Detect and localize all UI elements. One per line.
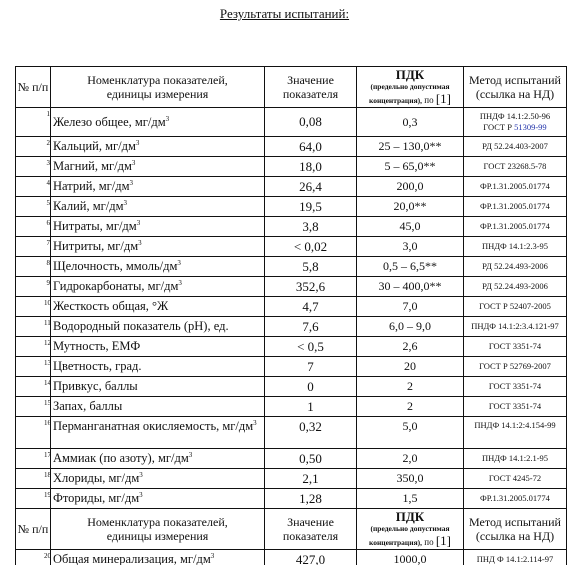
row-value: 0,50 [265, 449, 357, 469]
table-row: 6Нитраты, мг/дм33,845,0ФР.1.31.2005.0177… [16, 217, 567, 237]
row-value: 64,0 [265, 137, 357, 157]
row-indicator: Гидрокарбонаты, мг/дм3 [51, 277, 265, 297]
row-method: ГОСТ Р 52407-2005 [464, 297, 567, 317]
row-indicator: Цветность, град. [51, 357, 265, 377]
header-pdk: ПДК (предельно допустимая концентрация),… [357, 67, 464, 108]
row-method: ФР.1.31.2005.01774 [464, 217, 567, 237]
row-pdk: 1,5 [357, 489, 464, 509]
row-number: 19 [16, 489, 51, 509]
row-value: 4,7 [265, 297, 357, 317]
row-indicator: Запах, баллы [51, 397, 265, 417]
table-row: 9Гидрокарбонаты, мг/дм3352,630 – 400,0**… [16, 277, 567, 297]
row-method: РД 52.24.493-2006 [464, 277, 567, 297]
row-pdk: 0,5 – 6,5** [357, 257, 464, 277]
row-number: 13 [16, 357, 51, 377]
row-method: ФР.1.31.2005.01774 [464, 197, 567, 217]
row-method: ГОСТ 23268.5-78 [464, 157, 567, 177]
row-pdk: 30 – 400,0** [357, 277, 464, 297]
row-pdk: 2 [357, 377, 464, 397]
row-number: 16 [16, 417, 51, 449]
row-value: 18,0 [265, 157, 357, 177]
row-method: ГОСТ 3351-74 [464, 337, 567, 357]
table-row: 18Хлориды, мг/дм32,1350,0ГОСТ 4245-72 [16, 469, 567, 489]
row-method: ФР.1.31.2005.01774 [464, 489, 567, 509]
row-value: 1 [265, 397, 357, 417]
row-indicator: Железо общее, мг/дм3 [51, 108, 265, 137]
row-number: 8 [16, 257, 51, 277]
row-number: 12 [16, 337, 51, 357]
row-value: 5,8 [265, 257, 357, 277]
row-pdk: 7,0 [357, 297, 464, 317]
method-link[interactable]: 51309-99 [514, 122, 547, 132]
row-method: ГОСТ 3351-74 [464, 377, 567, 397]
row-method: ГОСТ 3351-74 [464, 397, 567, 417]
row-number: 3 [16, 157, 51, 177]
row-value: 427,0 [265, 550, 357, 565]
row-pdk: 5 – 65,0** [357, 157, 464, 177]
row-number: 18 [16, 469, 51, 489]
row-method: ПНДФ 14.1:2:3.4.121-97 [464, 317, 567, 337]
row-number: 2 [16, 137, 51, 157]
row-indicator: Жесткость общая, °Ж [51, 297, 265, 317]
row-value: 19,5 [265, 197, 357, 217]
header-name: Номенклатура показателей,единицы измерен… [51, 67, 265, 108]
row-method: РД 52.24.403-2007 [464, 137, 567, 157]
row-pdk: 350,0 [357, 469, 464, 489]
results-table: № п/п Номенклатура показателей,единицы и… [15, 66, 567, 565]
row-method: ФР.1.31.2005.01774 [464, 177, 567, 197]
row-indicator: Хлориды, мг/дм3 [51, 469, 265, 489]
header-method: Метод испытаний(ссылка на НД) [464, 509, 567, 550]
row-value: 2,1 [265, 469, 357, 489]
table-row: 8Щелочность, ммоль/дм35,80,5 – 6,5**РД 5… [16, 257, 567, 277]
table-row: 15Запах, баллы12ГОСТ 3351-74 [16, 397, 567, 417]
row-number: 10 [16, 297, 51, 317]
row-method: ПНД Ф 14.1:2.114-97 [464, 550, 567, 565]
table-row: 1Железо общее, мг/дм30,080,3ПНДФ 14.1:2.… [16, 108, 567, 137]
row-pdk: 2 [357, 397, 464, 417]
table-row: 4Натрий, мг/дм326,4200,0ФР.1.31.2005.017… [16, 177, 567, 197]
row-pdk: 5,0 [357, 417, 464, 449]
row-method: РД 52.24.493-2006 [464, 257, 567, 277]
header-num: № п/п [16, 67, 51, 108]
header-num: № п/п [16, 509, 51, 550]
row-pdk: 25 – 130,0** [357, 137, 464, 157]
row-pdk: 200,0 [357, 177, 464, 197]
row-value: 0,32 [265, 417, 357, 449]
row-indicator: Общая минерализация, мг/дм3 [51, 550, 265, 565]
row-number: 20 [16, 550, 51, 565]
row-method: ПНДФ 14.1:2:4.154-99 [464, 417, 567, 449]
row-indicator: Перманганатная окисляемость, мг/дм3 [51, 417, 265, 449]
row-pdk: 20,0** [357, 197, 464, 217]
row-value: 3,8 [265, 217, 357, 237]
row-value: 0 [265, 377, 357, 397]
row-indicator: Натрий, мг/дм3 [51, 177, 265, 197]
table-row: 11Водородный показатель (pH), ед.7,66,0 … [16, 317, 567, 337]
row-pdk: 20 [357, 357, 464, 377]
row-value: 26,4 [265, 177, 357, 197]
row-value: < 0,5 [265, 337, 357, 357]
table-row: 10Жесткость общая, °Ж4,77,0ГОСТ Р 52407-… [16, 297, 567, 317]
row-method: ГОСТ 4245-72 [464, 469, 567, 489]
table-header: № п/п Номенклатура показателей,единицы и… [16, 67, 567, 108]
header-pdk: ПДК (предельно допустимая концентрация),… [357, 509, 464, 550]
row-method: ПНДФ 14.1:2.3-95 [464, 237, 567, 257]
header-name: Номенклатура показателей,единицы измерен… [51, 509, 265, 550]
table-row: 17Аммиак (по азоту), мг/дм30,502,0ПНДФ 1… [16, 449, 567, 469]
table-row: 16Перманганатная окисляемость, мг/дм30,3… [16, 417, 567, 449]
table-header-repeat: № п/п Номенклатура показателей,единицы и… [16, 509, 567, 550]
row-number: 6 [16, 217, 51, 237]
header-value: Значениепоказателя [265, 67, 357, 108]
row-value: 0,08 [265, 108, 357, 137]
row-number: 1 [16, 108, 51, 137]
row-pdk: 3,0 [357, 237, 464, 257]
row-indicator: Аммиак (по азоту), мг/дм3 [51, 449, 265, 469]
row-indicator: Калий, мг/дм3 [51, 197, 265, 217]
results-title: Результаты испытаний: [0, 6, 569, 22]
table-row: 3Магний, мг/дм318,05 – 65,0**ГОСТ 23268.… [16, 157, 567, 177]
row-number: 11 [16, 317, 51, 337]
row-pdk: 2,0 [357, 449, 464, 469]
row-number: 14 [16, 377, 51, 397]
row-indicator: Фториды, мг/дм3 [51, 489, 265, 509]
table-row: 12Мутность, ЕМФ< 0,52,6ГОСТ 3351-74 [16, 337, 567, 357]
row-value: 352,6 [265, 277, 357, 297]
row-number: 5 [16, 197, 51, 217]
table-row: 14Привкус, баллы02ГОСТ 3351-74 [16, 377, 567, 397]
row-indicator: Кальций, мг/дм3 [51, 137, 265, 157]
row-value: 7 [265, 357, 357, 377]
row-value: 1,28 [265, 489, 357, 509]
row-indicator: Нитраты, мг/дм3 [51, 217, 265, 237]
row-method: ПНДФ 14.1:2.50-96ГОСТ Р 51309-99 [464, 108, 567, 137]
row-pdk: 1000,0 [357, 550, 464, 565]
row-pdk: 2,6 [357, 337, 464, 357]
table-row: 13Цветность, град.720ГОСТ Р 52769-2007 [16, 357, 567, 377]
row-value: 7,6 [265, 317, 357, 337]
row-indicator: Мутность, ЕМФ [51, 337, 265, 357]
row-number: 15 [16, 397, 51, 417]
row-method: ГОСТ Р 52769-2007 [464, 357, 567, 377]
table-row: 19Фториды, мг/дм31,281,5ФР.1.31.2005.017… [16, 489, 567, 509]
header-value: Значениепоказателя [265, 509, 357, 550]
table-row: 2Кальций, мг/дм364,025 – 130,0**РД 52.24… [16, 137, 567, 157]
table-row: 20Общая минерализация, мг/дм3427,01000,0… [16, 550, 567, 565]
header-method: Метод испытаний(ссылка на НД) [464, 67, 567, 108]
table-row: 7Нитриты, мг/дм3< 0,023,0ПНДФ 14.1:2.3-9… [16, 237, 567, 257]
row-number: 7 [16, 237, 51, 257]
row-method: ПНДФ 14.1:2.1-95 [464, 449, 567, 469]
row-number: 9 [16, 277, 51, 297]
row-indicator: Щелочность, ммоль/дм3 [51, 257, 265, 277]
table-row: 5Калий, мг/дм319,520,0**ФР.1.31.2005.017… [16, 197, 567, 217]
row-indicator: Водородный показатель (pH), ед. [51, 317, 265, 337]
row-pdk: 0,3 [357, 108, 464, 137]
row-pdk: 6,0 – 9,0 [357, 317, 464, 337]
row-indicator: Привкус, баллы [51, 377, 265, 397]
row-pdk: 45,0 [357, 217, 464, 237]
row-indicator: Нитриты, мг/дм3 [51, 237, 265, 257]
row-number: 4 [16, 177, 51, 197]
row-number: 17 [16, 449, 51, 469]
row-indicator: Магний, мг/дм3 [51, 157, 265, 177]
row-value: < 0,02 [265, 237, 357, 257]
